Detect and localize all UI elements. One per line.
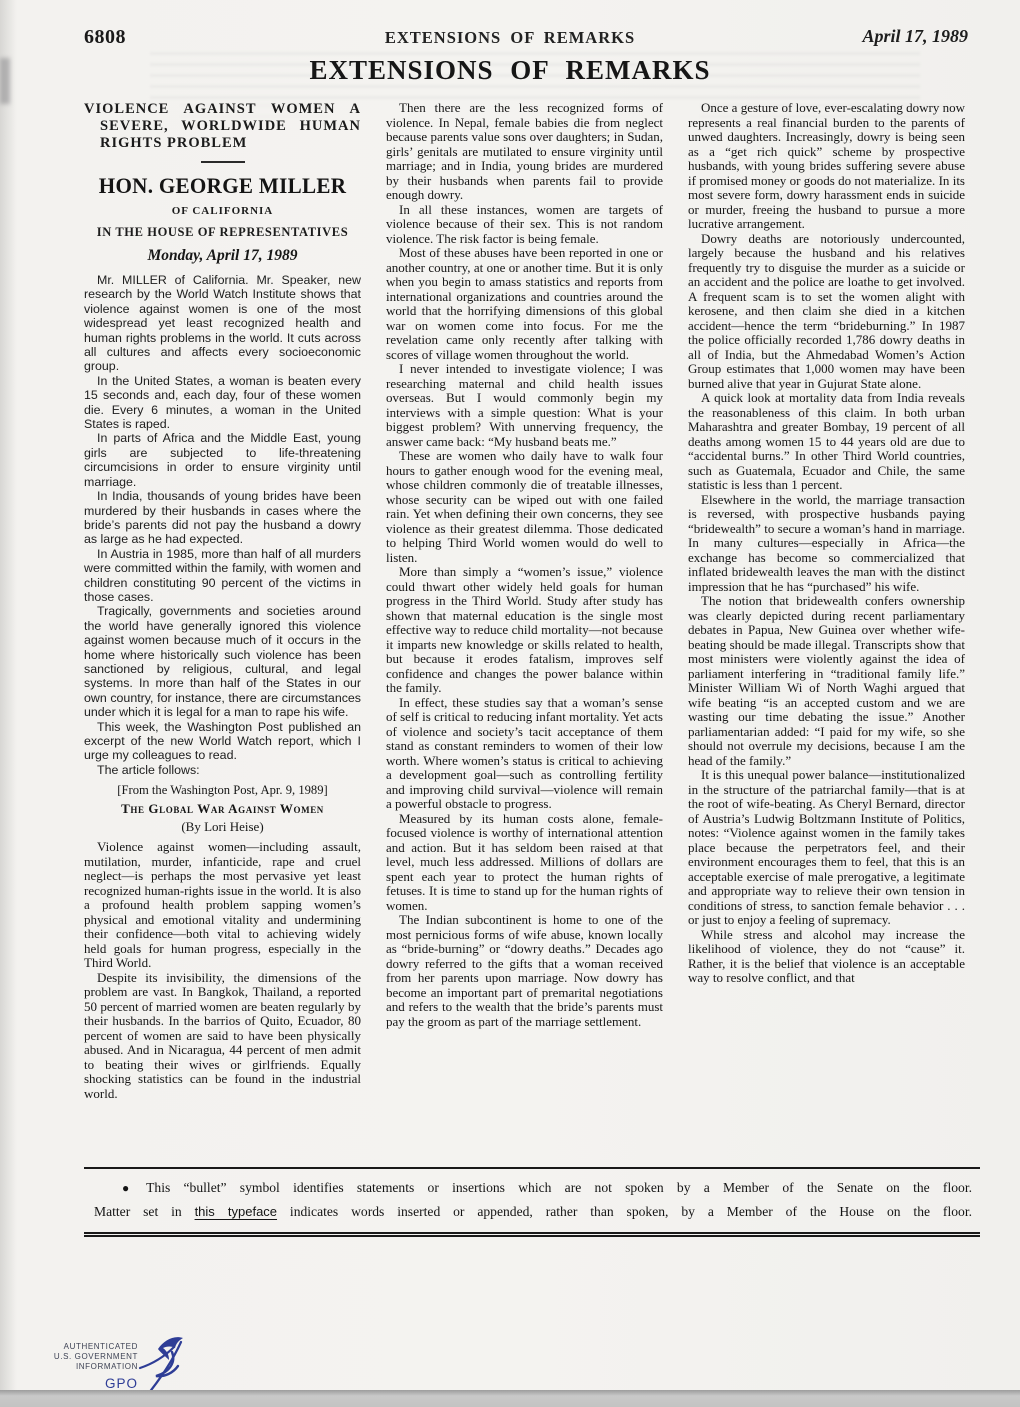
column-1: VIOLENCE AGAINST WOMEN A SEVERE, WORLDWI… bbox=[84, 101, 361, 1101]
paragraph: While stress and alcohol may increase th… bbox=[688, 928, 965, 986]
title-rule bbox=[201, 161, 245, 163]
footnote-line-1: ●This “bullet” symbol identifies stateme… bbox=[94, 1176, 972, 1200]
paragraph: In India, thousands of young brides have… bbox=[84, 489, 361, 547]
paragraph: Dowry deaths are notoriously undercounte… bbox=[688, 232, 965, 392]
paragraph: It is this unequal power balance—institu… bbox=[688, 768, 965, 928]
paragraph: Most of these abuses have been reported … bbox=[386, 246, 663, 362]
scan-edge-shading bbox=[0, 0, 16, 1407]
gpo-seal-line: AUTHENTICATED bbox=[30, 1342, 138, 1352]
gpo-seal-text: AUTHENTICATED U.S. GOVERNMENT INFORMATIO… bbox=[30, 1342, 138, 1372]
paragraph: Elsewhere in the world, the marriage tra… bbox=[688, 493, 965, 595]
paragraph: Tragically, governments and societies ar… bbox=[84, 604, 361, 719]
paragraph: These are women who daily have to walk f… bbox=[386, 449, 663, 565]
bullet-icon: ● bbox=[122, 1181, 139, 1195]
paragraph: Measured by its human costs alone, femal… bbox=[386, 812, 663, 914]
article-byline: (By Lori Heise) bbox=[84, 819, 361, 835]
gpo-abbr: GPO bbox=[76, 1376, 138, 1391]
column-3: Once a gesture of love, ever-escalating … bbox=[688, 101, 965, 1101]
paragraph: I never intended to investigate violence… bbox=[386, 362, 663, 449]
chamber-line: IN THE HOUSE OF REPRESENTATIVES bbox=[84, 225, 361, 240]
paragraph: A quick look at mortality data from Indi… bbox=[688, 391, 965, 493]
paragraph: More than simply a “women’s issue,” viol… bbox=[386, 565, 663, 696]
paragraph: Once a gesture of love, ever-escalating … bbox=[688, 101, 965, 232]
footnote-line-2-pre: Matter set in bbox=[94, 1204, 195, 1219]
text-columns: VIOLENCE AGAINST WOMEN A SEVERE, WORLDWI… bbox=[84, 101, 965, 1101]
paragraph: The article follows: bbox=[84, 763, 361, 777]
record-footnote: ●This “bullet” symbol identifies stateme… bbox=[84, 1167, 980, 1237]
entry-title: VIOLENCE AGAINST WOMEN A SEVERE, WORLDWI… bbox=[84, 101, 361, 152]
entry-title-line: SEVERE, WORLDWIDE HUMAN bbox=[84, 118, 361, 135]
paragraph: The Indian subcontinent is home to one o… bbox=[386, 913, 663, 1029]
paragraph: Violence against women—including assault… bbox=[84, 840, 361, 971]
paragraph: In Austria in 1985, more than half of al… bbox=[84, 547, 361, 605]
typeface-sample: this typeface bbox=[195, 1204, 277, 1219]
paragraph: In effect, these studies say that a woma… bbox=[386, 696, 663, 812]
paragraph: The notion that bridewealth confers owne… bbox=[688, 594, 965, 768]
footnote-line-2-post: indicates words inserted or appended, ra… bbox=[277, 1204, 972, 1219]
paragraph: Then there are the less recognized forms… bbox=[386, 101, 663, 203]
scan-bottom-band bbox=[0, 1390, 1020, 1407]
session-date: Monday, April 17, 1989 bbox=[84, 247, 361, 265]
article-title: The Global War Against Women bbox=[84, 801, 361, 817]
gpo-seal-line: INFORMATION bbox=[30, 1362, 138, 1372]
section-title: EXTENSIONS OF REMARKS bbox=[0, 55, 1020, 86]
entry-title-line: VIOLENCE AGAINST WOMEN A bbox=[84, 101, 361, 118]
paragraph: Despite its invisibility, the dimensions… bbox=[84, 971, 361, 1102]
issue-date: April 17, 1989 bbox=[862, 26, 968, 47]
member-state: OF CALIFORNIA bbox=[84, 205, 361, 217]
footnote-line-2: Matter set in this typeface indicates wo… bbox=[94, 1200, 972, 1223]
paragraph: This week, the Washington Post published… bbox=[84, 720, 361, 763]
gpo-seal-line: U.S. GOVERNMENT bbox=[30, 1352, 138, 1362]
paragraph: Mr. MILLER of California. Mr. Speaker, n… bbox=[84, 273, 361, 374]
column-2: Then there are the less recognized forms… bbox=[386, 101, 663, 1101]
congressional-record-page: 6808 EXTENSIONS OF REMARKS April 17, 198… bbox=[0, 0, 1020, 1407]
footnote-line-1-text: This “bullet” symbol identifies statemen… bbox=[146, 1180, 972, 1195]
entry-title-line: RIGHTS PROBLEM bbox=[84, 135, 361, 152]
paragraph: In the United States, a woman is beaten … bbox=[84, 374, 361, 432]
member-name: HON. GEORGE MILLER bbox=[90, 173, 356, 199]
paragraph: In parts of Africa and the Middle East, … bbox=[84, 431, 361, 489]
paragraph: In all these instances, women are target… bbox=[386, 203, 663, 247]
article-source-line: [From the Washington Post, Apr. 9, 1989] bbox=[84, 783, 361, 798]
